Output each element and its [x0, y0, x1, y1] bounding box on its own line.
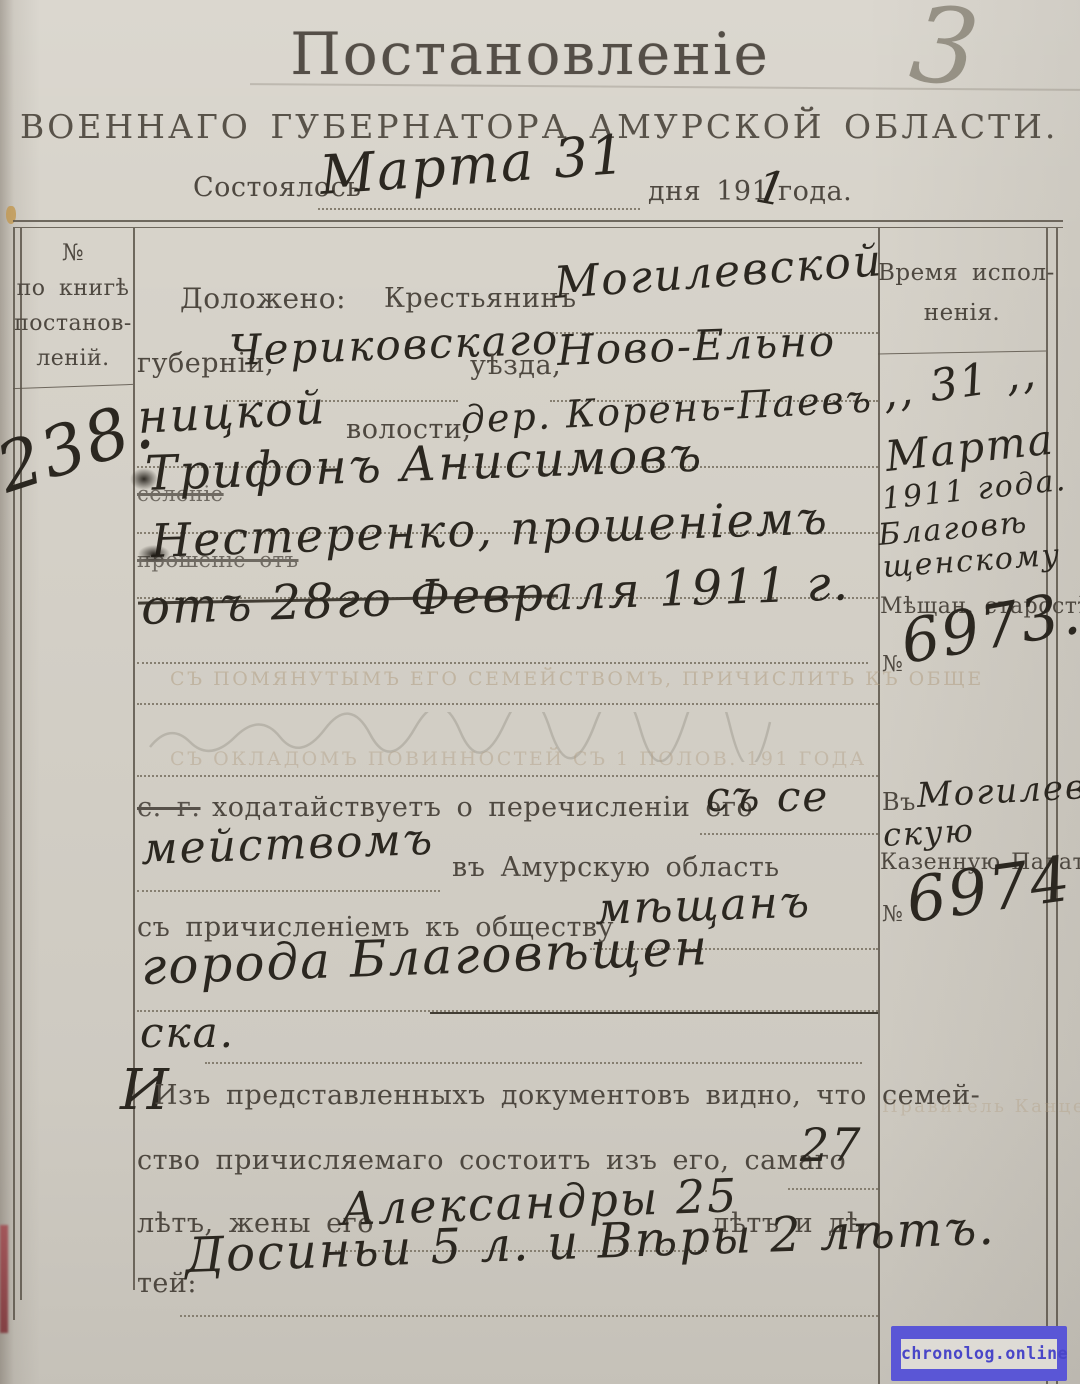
family-text: ство причисляемаго состоитъ изъ его, сам…	[137, 1145, 846, 1176]
watermark-link[interactable]: chronolog.online	[901, 1339, 1057, 1369]
hw-city-2: ска.	[140, 1008, 235, 1057]
ink-blot	[130, 468, 158, 490]
entry-no-header-2: по книгѣ	[13, 276, 133, 301]
bleedthrough-text-2: СЪ ОКЛАДОМЪ ПОВИННОСТЕЙ СЪ 1 ПОЛОВ. 191 …	[170, 748, 867, 770]
header-rule-2	[13, 227, 1063, 228]
entry-no-header-4: леній.	[13, 346, 133, 371]
hw-gubernia: Могилевской	[552, 235, 884, 309]
day-label: дня 191	[648, 176, 769, 207]
fill-line	[205, 1062, 862, 1064]
hw-with-family-2: мействомъ	[140, 814, 435, 875]
execution-header-2: ненія.	[878, 300, 1046, 326]
peasant-label: Крестьянинъ	[384, 283, 577, 314]
struck-current-year-label: с. г.	[137, 792, 201, 823]
page-title: Постановленіе	[150, 20, 910, 88]
header-rule	[13, 220, 1063, 222]
year-label: года.	[778, 176, 852, 207]
fill-line	[180, 1315, 878, 1317]
fill-line	[700, 833, 878, 835]
left-header-rule	[13, 384, 133, 389]
hand-underline	[430, 1012, 878, 1014]
hw-outgoing-no-1: 6973.	[896, 577, 1080, 678]
hw-to-chamber-2: скую	[882, 811, 976, 854]
hw-to-chamber-1: Могилев	[916, 767, 1080, 816]
fill-line	[137, 662, 868, 664]
fill-line	[137, 703, 878, 705]
fill-line	[137, 890, 440, 892]
to-label: Въ	[882, 788, 916, 816]
fill-line	[788, 1188, 878, 1190]
hw-with-family-1: съ се	[706, 772, 829, 821]
entry-no-header-1: №	[13, 240, 133, 266]
fill-line	[318, 208, 640, 210]
document-page: 3 Постановленіе ВОЕННАГО ГУБЕРНАТОРА АМУ…	[0, 0, 1080, 1384]
hw-volost-2: ницкой	[136, 380, 327, 444]
ink-blot	[138, 545, 170, 563]
documents-text: Изъ представленныхъ документовъ видно, ч…	[154, 1080, 980, 1111]
hw-exec-day: ,, 31 ,,	[879, 347, 1040, 419]
bleedthrough-text-1: СЪ ПОМЯНУТЫМЪ ЕГО СЕМЕЙСТВОМЪ, ПРИЧИСЛИТ…	[170, 668, 984, 690]
number-sign-2: №	[882, 902, 903, 927]
watermark-frame[interactable]: chronolog.online	[891, 1326, 1067, 1381]
hw-age: 27	[800, 1118, 863, 1172]
binding-red-streak	[0, 1225, 8, 1333]
uezd-label: уѣзда,	[470, 350, 561, 381]
left-outer-rule	[13, 228, 15, 1320]
hw-surname: Нестеренко, прошеніемъ	[150, 490, 829, 568]
execution-header-1: Время испол-	[878, 260, 1046, 286]
hw-volost-1: Ново-Ельно	[556, 316, 837, 375]
entry-no-header-3: постанов-	[13, 311, 133, 336]
folio-number: 3	[905, 0, 986, 111]
reported-label: Доложено:	[180, 282, 346, 315]
